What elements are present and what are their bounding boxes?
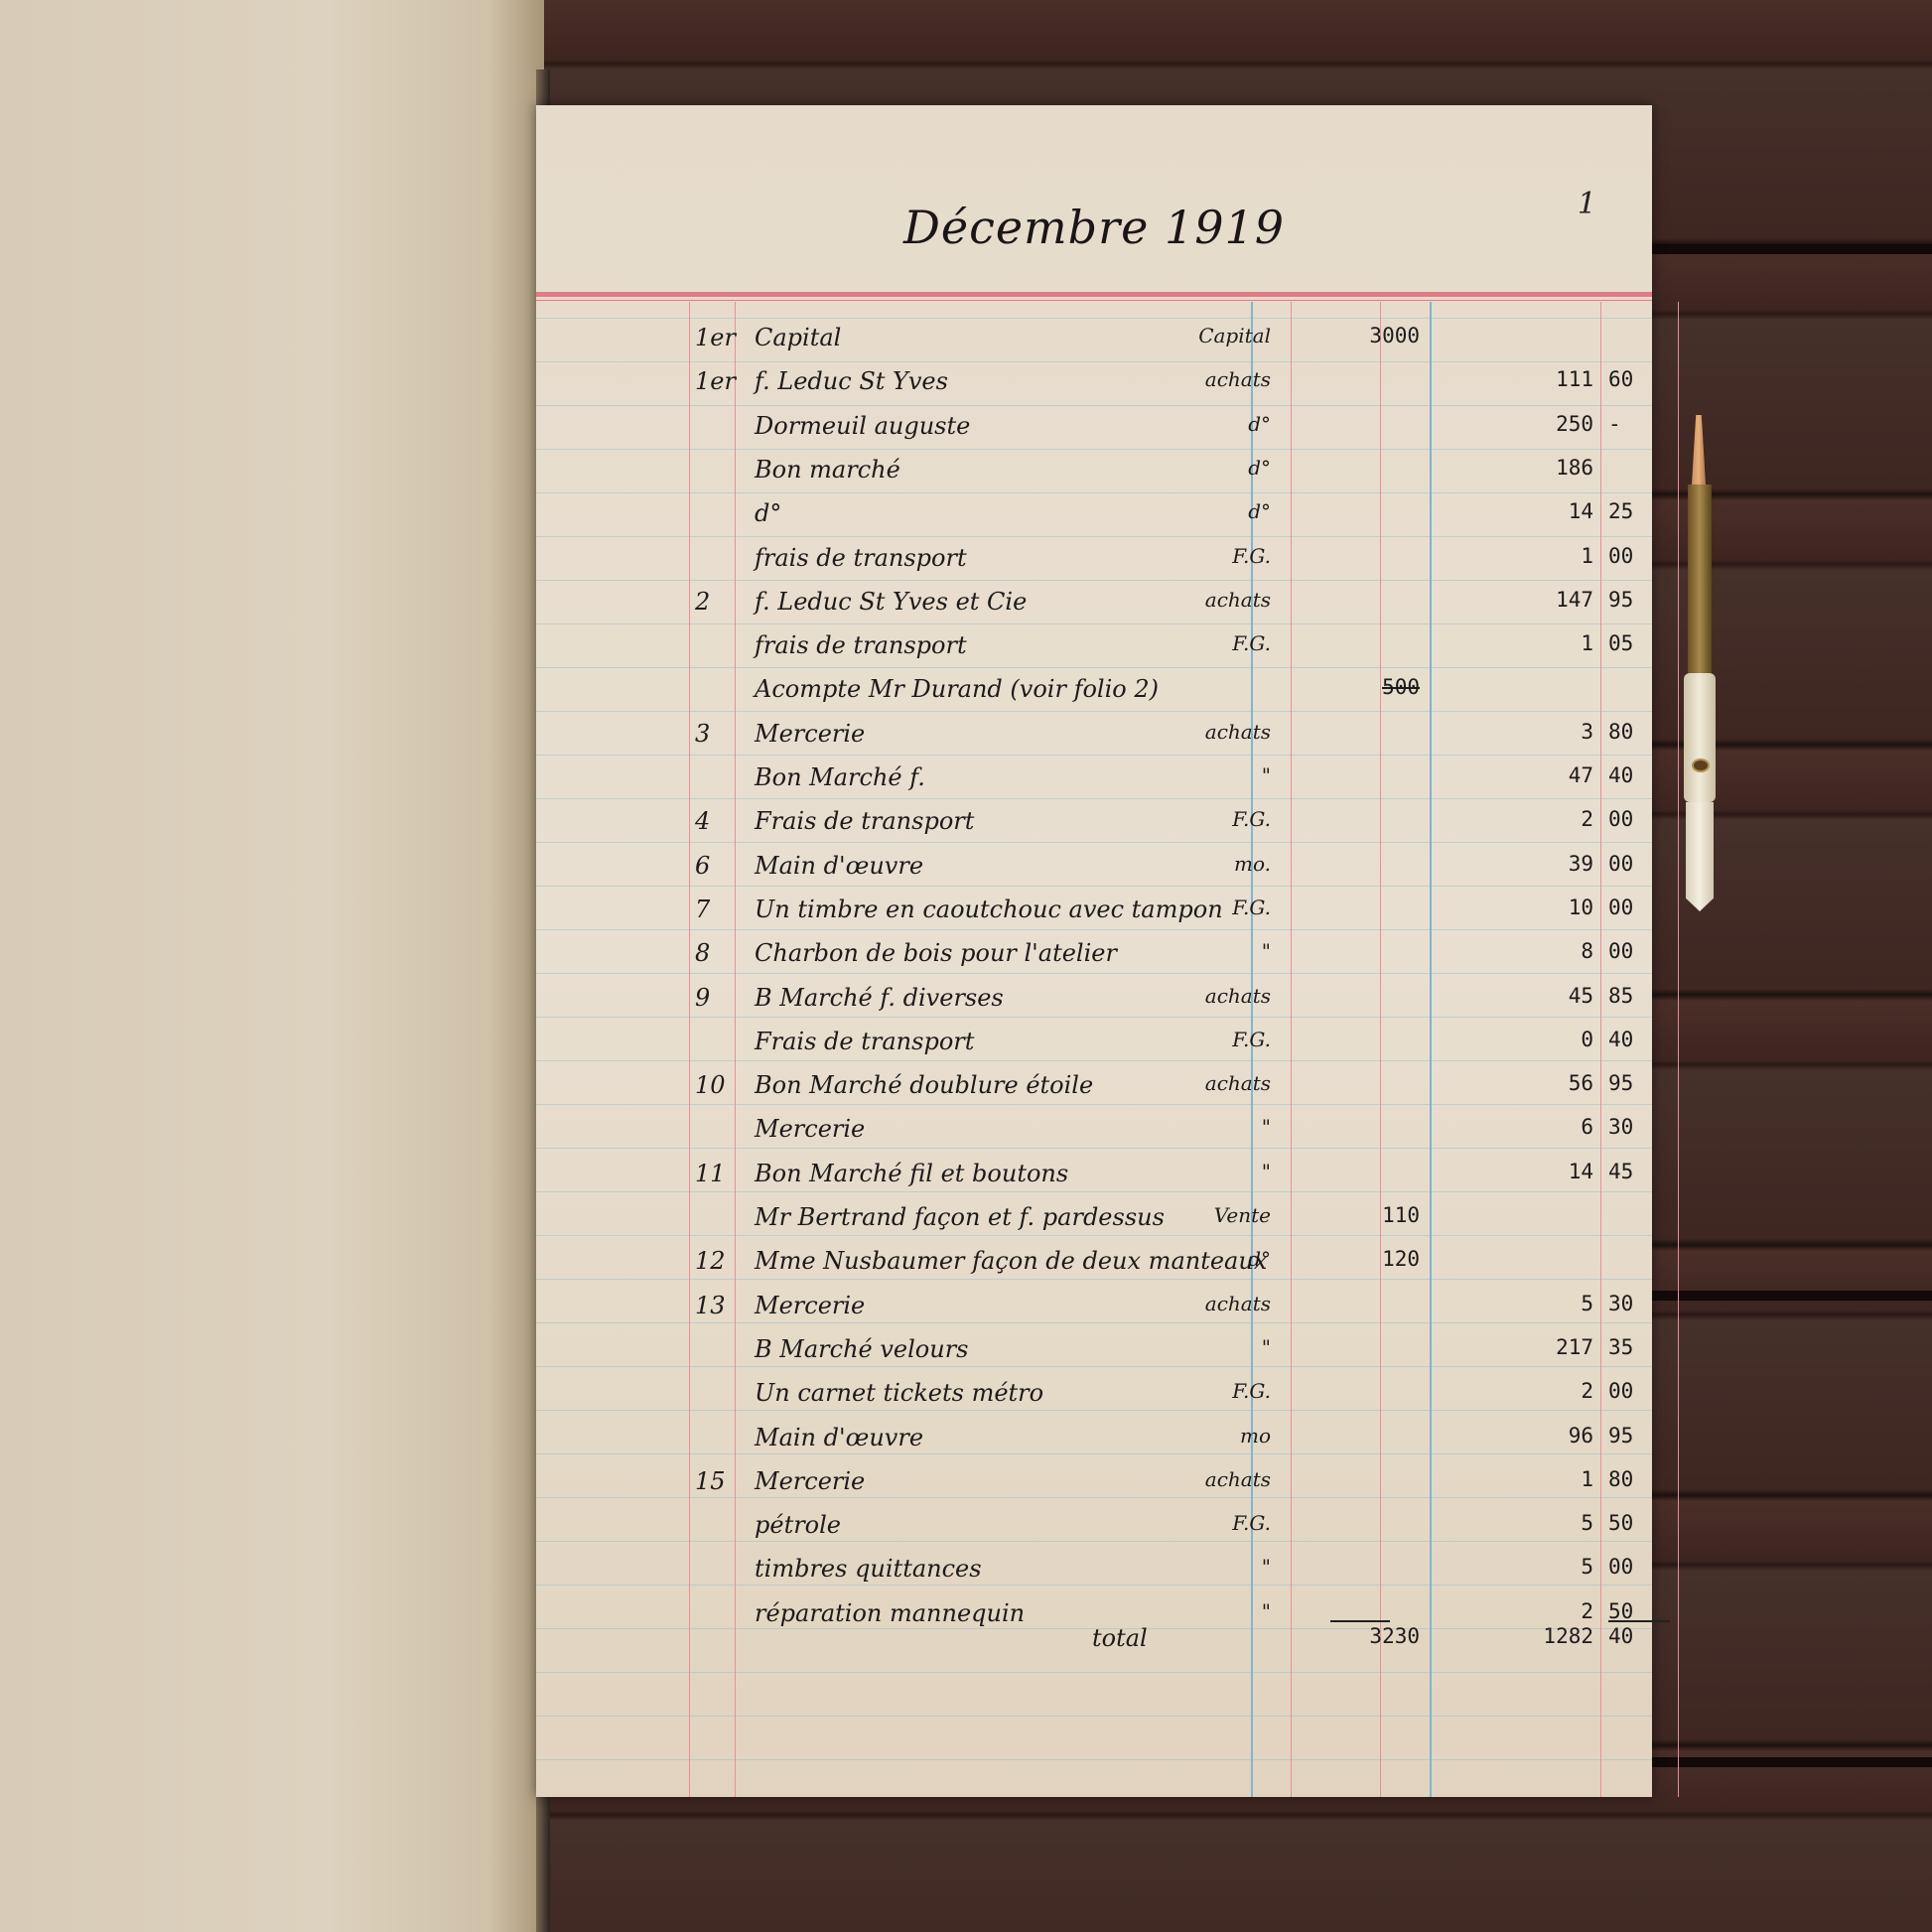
entry-account: F.G.	[1052, 807, 1271, 831]
entry-debit-cents: 50	[1608, 1511, 1668, 1535]
entry-debit: 14	[1489, 1160, 1593, 1183]
entry-description: Main d'œuvre	[755, 852, 923, 880]
ledger-rule	[536, 1759, 1652, 1760]
entry-description: Capital	[755, 324, 841, 351]
entry-debit-cents: 80	[1608, 1467, 1668, 1491]
entry-account: F.G.	[1052, 1511, 1271, 1535]
entry-debit: 56	[1489, 1071, 1593, 1095]
entry-account: achats	[1052, 1292, 1271, 1315]
entry-day: 8	[695, 939, 739, 967]
entry-debit: 5	[1489, 1292, 1593, 1315]
entry-description: Un carnet tickets métro	[755, 1379, 1043, 1407]
entry-description: frais de transport	[755, 631, 967, 659]
entry-description: réparation mannequin	[755, 1599, 1025, 1627]
entry-day: 6	[695, 852, 739, 880]
pen-nib	[1692, 415, 1706, 484]
entry-account: achats	[1052, 1467, 1271, 1491]
total-credit: 3230	[1301, 1624, 1420, 1648]
ledger-entry-row: 8Charbon de bois pour l'atelier"800	[536, 939, 1652, 979]
entry-description: f. Leduc St Yves	[755, 367, 948, 395]
entry-account: "	[1052, 1335, 1271, 1359]
entry-debit: 1	[1489, 544, 1593, 568]
total-label: total	[1092, 1624, 1148, 1652]
entry-debit-cents: 25	[1608, 499, 1668, 523]
entry-account: d°	[1052, 412, 1271, 436]
entry-debit-cents: 80	[1608, 720, 1668, 744]
entry-day: 1er	[695, 367, 739, 395]
entry-description: d°	[755, 499, 781, 527]
entry-debit-cents: 00	[1608, 852, 1668, 876]
total-row: total 3230 1282 40	[536, 1624, 1652, 1664]
entry-description: Mercerie	[755, 1115, 865, 1143]
entry-account: "	[1052, 763, 1271, 787]
entry-account: F.G.	[1052, 896, 1271, 919]
ledger-entry-row: pétroleF.G.550	[536, 1511, 1652, 1551]
entry-debit: 1	[1489, 1467, 1593, 1491]
entry-debit: 0	[1489, 1028, 1593, 1051]
entry-debit-cents: 05	[1608, 631, 1668, 655]
ledger-entry-row: 4Frais de transportF.G.200	[536, 807, 1652, 847]
entry-debit-cents: 95	[1608, 1424, 1668, 1448]
entry-description: Bon Marché f.	[755, 763, 925, 791]
ledger-entry-row: Mr Bertrand façon et f. pardessusVente11…	[536, 1203, 1652, 1243]
entry-account: F.G.	[1052, 631, 1271, 655]
debit-end-line	[1678, 302, 1679, 1797]
entry-day: 7	[695, 896, 739, 923]
entry-day: 9	[695, 984, 739, 1012]
entry-debit-cents: 85	[1608, 984, 1668, 1008]
entry-description: B Marché velours	[755, 1335, 968, 1363]
entry-description: Mercerie	[755, 1292, 865, 1319]
entry-debit: 14	[1489, 499, 1593, 523]
ledger-entry-row: 9B Marché f. diversesachats4585	[536, 984, 1652, 1024]
ledger-entry-row: B Marché velours"21735	[536, 1335, 1652, 1375]
ledger-entry-row: 1erCapitalCapital3000	[536, 324, 1652, 363]
entry-debit-cents: 60	[1608, 367, 1668, 391]
entry-debit: 217	[1489, 1335, 1593, 1359]
entry-description: Mercerie	[755, 720, 865, 748]
entry-description: Bon Marché fil et boutons	[755, 1160, 1068, 1187]
entry-account: d°	[1052, 499, 1271, 523]
ledger-entry-row: 6Main d'œuvremo.3900	[536, 852, 1652, 892]
entry-debit: 96	[1489, 1424, 1593, 1448]
entry-day: 1er	[695, 324, 739, 351]
entry-debit: 2	[1489, 1599, 1593, 1623]
entry-description: Mercerie	[755, 1467, 865, 1495]
ledger-entry-row: 10Bon Marché doublure étoileachats5695	[536, 1071, 1652, 1111]
entry-debit-cents: 00	[1608, 896, 1668, 919]
ledger-rule	[536, 318, 1652, 319]
entry-debit: 8	[1489, 939, 1593, 963]
entry-description: Main d'œuvre	[755, 1424, 923, 1451]
entry-day: 2	[695, 588, 739, 616]
entry-debit-cents: 30	[1608, 1292, 1668, 1315]
entry-account: d°	[1052, 456, 1271, 480]
entry-debit-cents: 00	[1608, 1379, 1668, 1403]
ledger-entry-row: 12Mme Nusbaumer façon de deux manteauxd°…	[536, 1247, 1652, 1287]
entry-description: Frais de transport	[755, 1028, 974, 1055]
entry-description: timbres quittances	[755, 1555, 982, 1583]
entry-account: achats	[1052, 588, 1271, 612]
ledger-entry-row: 3Mercerieachats380	[536, 720, 1652, 759]
entry-debit-cents: 95	[1608, 1071, 1668, 1095]
ledger-entry-row: Dormeuil augusted°250-	[536, 412, 1652, 452]
entry-debit: 3	[1489, 720, 1593, 744]
entry-debit-cents: 35	[1608, 1335, 1668, 1359]
entry-debit: 250	[1489, 412, 1593, 436]
ledger-entry-row: 15Mercerieachats180	[536, 1467, 1652, 1507]
entry-debit-cents: 00	[1608, 1555, 1668, 1579]
entry-debit: 10	[1489, 896, 1593, 919]
entry-account: F.G.	[1052, 1028, 1271, 1051]
ledger-entry-row: Bon marchéd°186	[536, 456, 1652, 495]
entry-day: 11	[695, 1160, 739, 1187]
entry-credit: 120	[1301, 1247, 1420, 1271]
ledger-entry-row: frais de transportF.G.100	[536, 544, 1652, 584]
entry-description: Bon Marché doublure étoile	[755, 1071, 1093, 1099]
ledger-entry-row: Frais de transportF.G.040	[536, 1028, 1652, 1067]
entry-account: "	[1052, 1115, 1271, 1139]
entry-day: 15	[695, 1467, 739, 1495]
entry-description: pétrole	[755, 1511, 841, 1539]
entry-debit: 5	[1489, 1511, 1593, 1535]
ledger-entry-row: Acompte Mr Durand (voir folio 2)500	[536, 675, 1652, 715]
ledger-entry-row: 1erf. Leduc St Yvesachats11160	[536, 367, 1652, 407]
pen-letter-opener-blade	[1686, 802, 1714, 911]
entry-account: F.G.	[1052, 544, 1271, 568]
entry-debit-cents: 00	[1608, 807, 1668, 831]
ledger-rule	[536, 1672, 1652, 1673]
entry-debit: 186	[1489, 456, 1593, 480]
left-blank-page	[0, 0, 544, 1932]
pen-bone-grip	[1684, 673, 1716, 802]
entry-debit: 147	[1489, 588, 1593, 612]
debit-sum-rule	[1608, 1620, 1670, 1622]
entry-debit-cents: 95	[1608, 588, 1668, 612]
entry-debit: 1	[1489, 631, 1593, 655]
entry-account: "	[1052, 1555, 1271, 1579]
entry-account: mo	[1052, 1424, 1271, 1448]
dip-pen	[1680, 415, 1720, 1497]
entry-credit: 3000	[1301, 324, 1420, 347]
entry-day: 12	[695, 1247, 739, 1275]
entry-description: Dormeuil auguste	[755, 412, 970, 440]
page-title: Décembre 1919	[536, 201, 1652, 254]
entry-day: 10	[695, 1071, 739, 1099]
entry-debit-cents: 00	[1608, 544, 1668, 568]
entry-debit-cents: 40	[1608, 1028, 1668, 1051]
entry-account: Capital	[1052, 324, 1271, 347]
ledger-entry-row: Un carnet tickets métroF.G.200	[536, 1379, 1652, 1419]
entry-credit: 110	[1301, 1203, 1420, 1227]
entry-description: Frais de transport	[755, 807, 974, 835]
ledger-entry-row: Mercerie"630	[536, 1115, 1652, 1155]
entry-account: achats	[1052, 367, 1271, 391]
entry-day: 13	[695, 1292, 739, 1319]
total-debit-cents: 40	[1608, 1624, 1668, 1648]
ledger-page: Décembre 1919 1 1erCapitalCapital30001er…	[536, 105, 1652, 1797]
entry-debit-cents: 30	[1608, 1115, 1668, 1139]
ledger-entry-row: timbres quittances"500	[536, 1555, 1652, 1594]
ledger-entry-row: 11Bon Marché fil et boutons"1445	[536, 1160, 1652, 1199]
entry-debit-cents: 00	[1608, 939, 1668, 963]
entry-debit-cents: 45	[1608, 1160, 1668, 1183]
entry-account: "	[1052, 1160, 1271, 1183]
entry-account: achats	[1052, 1071, 1271, 1095]
ledger-entry-row: Main d'œuvremo9695	[536, 1424, 1652, 1463]
header-red-rule	[536, 292, 1652, 297]
entry-description: Bon marché	[755, 456, 900, 483]
entry-debit: 111	[1489, 367, 1593, 391]
entry-account: mo.	[1052, 852, 1271, 876]
entry-description: Acompte Mr Durand (voir folio 2)	[755, 675, 1159, 703]
entry-account: "	[1052, 1599, 1271, 1623]
entry-debit: 6	[1489, 1115, 1593, 1139]
total-debit: 1282	[1489, 1624, 1593, 1648]
ledger-entry-row: 2f. Leduc St Yves et Cieachats14795	[536, 588, 1652, 627]
entry-debit: 39	[1489, 852, 1593, 876]
entry-credit: 500	[1301, 675, 1420, 699]
page-number: 1	[1578, 187, 1596, 221]
ledger-entry-row: 13Mercerieachats530	[536, 1292, 1652, 1331]
entry-account: Vente	[1052, 1203, 1271, 1227]
entry-debit: 45	[1489, 984, 1593, 1008]
credit-sum-rule	[1330, 1620, 1390, 1622]
entry-day: 4	[695, 807, 739, 835]
entry-debit-cents: -	[1608, 412, 1668, 436]
entry-account: d°	[1052, 1247, 1271, 1271]
entry-description: B Marché f. diverses	[755, 984, 1004, 1012]
entry-debit: 47	[1489, 763, 1593, 787]
entry-description: frais de transport	[755, 544, 967, 572]
ledger-entry-row: d°d°1425	[536, 499, 1652, 539]
ledger-entry-row: Bon Marché f."4740	[536, 763, 1652, 803]
entry-account: "	[1052, 939, 1271, 963]
header-red-rule-thin	[536, 300, 1652, 301]
entry-debit: 2	[1489, 1379, 1593, 1403]
entry-account: achats	[1052, 984, 1271, 1008]
ledger-entry-row: 7Un timbre en caoutchouc avec tamponF.G.…	[536, 896, 1652, 935]
entry-debit-cents: 40	[1608, 763, 1668, 787]
entry-account: achats	[1052, 720, 1271, 744]
entry-debit: 2	[1489, 807, 1593, 831]
entry-debit: 5	[1489, 1555, 1593, 1579]
entry-description: f. Leduc St Yves et Cie	[755, 588, 1027, 616]
pen-brass-holder	[1688, 484, 1712, 673]
pen-stanhope-lens	[1692, 759, 1710, 772]
ledger-rule	[536, 1716, 1652, 1717]
entry-day: 3	[695, 720, 739, 748]
ledger-entry-row: frais de transportF.G.105	[536, 631, 1652, 671]
entry-account: F.G.	[1052, 1379, 1271, 1403]
